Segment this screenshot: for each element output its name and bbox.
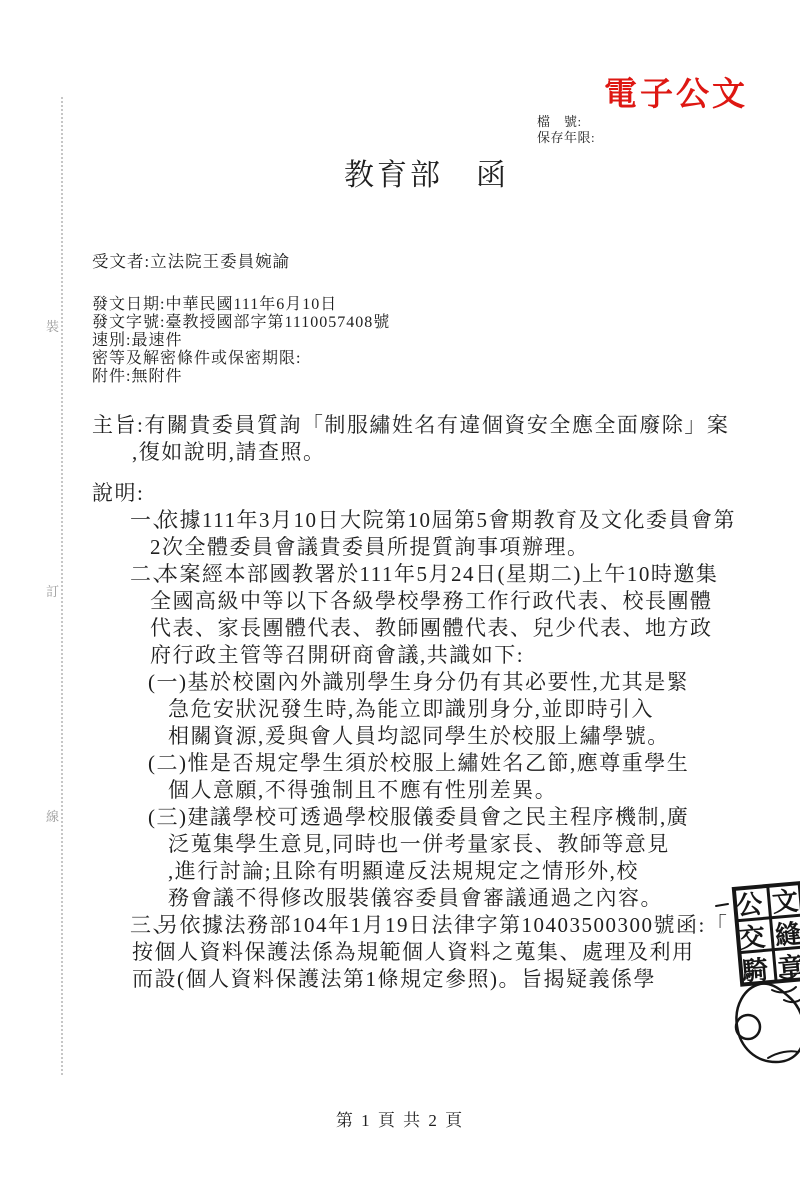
item-line: 2次全體委員會議貴委員所提質詢事項辦理。 <box>92 534 772 561</box>
subitem-line: 個人意願,不得強制且不應有性別差異。 <box>92 777 772 804</box>
subitem-line: 急危安狀況發生時,為能立即識別身分,並即時引入 <box>92 696 772 723</box>
list-item: 二、本案經本部國教署於111年5月24日(星期二)上午10時邀集全國高級中等以下… <box>92 561 772 912</box>
meta-line: 附件:無附件 <box>92 368 390 386</box>
meta-line: 發文日期:中華民國111年6月10日 <box>92 296 390 314</box>
seal-char-5: 騎 <box>740 955 769 986</box>
explanation-label: 說明: <box>92 480 772 507</box>
item-line: 按個人資料保護法係為規範個人資料之蒐集、處理及利用 <box>92 939 772 966</box>
meta-block: 發文日期:中華民國111年6月10日發文字號:臺教授國部字第1110057408… <box>92 296 390 386</box>
recipient-line: 受文者:立法院王委員婉諭 <box>92 248 290 272</box>
subitem-line: (一)基於校園內外識別學生身分仍有其必要性,尤其是緊 <box>92 669 772 696</box>
subitem-line: (二)惟是否規定學生須於校服上繡姓名乙節,應尊重學生 <box>92 750 772 777</box>
document-page: 裝訂線 電子公文 檔 號: 保存年限: 教育部 函 受文者:立法院王委員婉諭 發… <box>0 0 800 1200</box>
explanation-list: 一、依據111年3月10日大院第10屆第5會期教育及文化委員會第2次全體委員會議… <box>92 507 772 993</box>
subitem-line: 相關資源,爰與會人員均認同學生於校服上繡學號。 <box>92 723 772 750</box>
document-title: 教育部 函 <box>344 150 509 194</box>
binding-mark: 裝 <box>46 320 62 333</box>
seal-tick-mark <box>716 904 728 906</box>
subject-line: 主旨:有關貴委員質詢「制服繡姓名有違個資安全應全面廢除」案 <box>92 412 772 439</box>
subject-paragraph: 主旨:有關貴委員質詢「制服繡姓名有違個資安全應全面廢除」案,復如說明,請查照。 <box>92 412 772 466</box>
retention-period-label: 保存年限: <box>537 130 595 146</box>
seal-char-2: 文 <box>771 886 799 917</box>
item-line: 而設(個人資料保護法第1條規定參照)。旨揭疑義係學 <box>92 966 772 993</box>
document-body: 主旨:有關貴委員質詢「制服繡姓名有違個資安全應全面廢除」案,復如說明,請查照。 … <box>92 412 772 993</box>
subitem-line: ,進行討論;且除有明顯違反法規規定之情形外,校 <box>92 858 772 885</box>
item-line: 一、依據111年3月10日大院第10屆第5會期教育及文化委員會第 <box>92 507 772 534</box>
item-line: 代表、家長團體代表、教師團體代表、兒少代表、地方政 <box>92 615 772 642</box>
seal-char-6: 章 <box>777 951 800 983</box>
item-marker: 一、 <box>130 507 157 534</box>
seam-seal-stamp: 公 文 交 縫 騎 章 <box>714 880 800 1080</box>
seal-doodle <box>736 974 800 1062</box>
binding-mark: 訂 <box>46 585 62 598</box>
list-item: 三、另依據法務部104年1月19日法律字第10403500300號函:「按個人資… <box>92 912 772 993</box>
item-marker: 二、 <box>130 561 157 588</box>
seal-char-4: 縫 <box>774 918 800 950</box>
file-number-block: 檔 號: 保存年限: <box>537 114 595 146</box>
list-item: 一、依據111年3月10日大院第10屆第5會期教育及文化委員會第2次全體委員會議… <box>92 507 772 561</box>
electronic-document-stamp: 電子公文 <box>604 68 748 115</box>
seal-char-1: 公 <box>735 890 763 921</box>
subitem-line: (三)建議學校可透過學校服儀委員會之民主程序機制,廣 <box>92 804 772 831</box>
meta-line: 密等及解密條件或保密期限: <box>92 350 390 368</box>
item-marker: 三、 <box>130 912 157 939</box>
subject-line: ,復如說明,請查照。 <box>92 439 772 466</box>
meta-line: 發文字號:臺教授國部字第1110057408號 <box>92 314 390 332</box>
item-line: 三、另依據法務部104年1月19日法律字第10403500300號函:「 <box>92 912 772 939</box>
subitem-line: 務會議不得修改服裝儀容委員會審議通過之內容。 <box>92 885 772 912</box>
binding-mark: 線 <box>46 810 62 823</box>
subitem-line: 泛蒐集學生意見,同時也一併考量家長、教師等意見 <box>92 831 772 858</box>
file-number-label: 檔 號: <box>537 114 595 130</box>
meta-line: 速別:最速件 <box>92 332 390 350</box>
seal-char-3: 交 <box>738 922 766 953</box>
page-footer: 第 1 頁 共 2 頁 <box>0 1106 800 1131</box>
item-line: 二、本案經本部國教署於111年5月24日(星期二)上午10時邀集 <box>92 561 772 588</box>
item-line: 府行政主管等召開研商會議,共識如下: <box>92 642 772 669</box>
item-line: 全國高級中等以下各級學校學務工作行政代表、校長團體 <box>92 588 772 615</box>
